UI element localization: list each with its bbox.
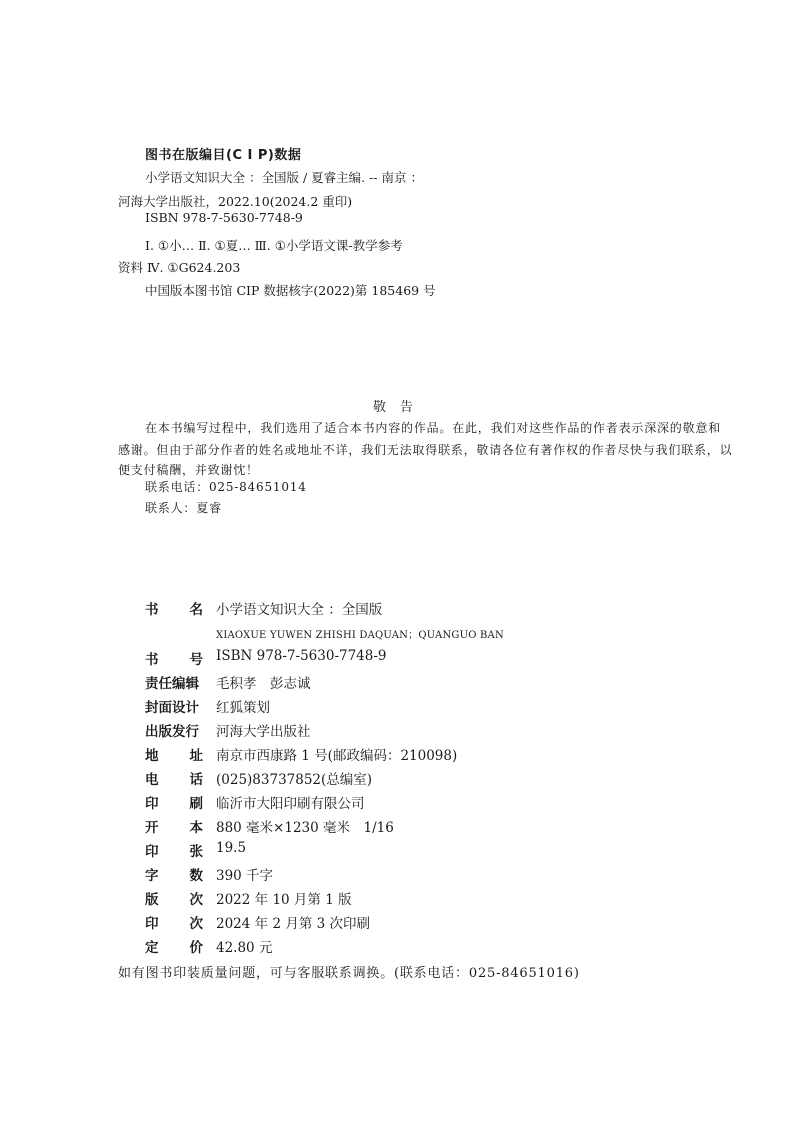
label-cover-design: 封面设计 <box>145 696 203 716</box>
cip-line-classification: Ⅰ. ①小… Ⅱ. ①夏… Ⅲ. ①小学语文课-教学参考 <box>145 236 403 254</box>
value-address: 南京市西康路 1 号(邮政编码：210098) <box>216 744 457 764</box>
label-editor: 责任编辑 <box>145 672 203 692</box>
label-word-count: 字数 <box>145 864 203 884</box>
label-price: 定价 <box>145 936 203 956</box>
quality-note: 如有图书印装质量问题，可与客服联系调换。(联系电话：025-84651016) <box>118 962 580 981</box>
notice-line-2: 感谢。但由于部分作者的姓名或地址不详，我们无法取得联系，敬请各位有著作权的作者尽… <box>118 441 732 458</box>
value-cover-design: 红狐策划 <box>216 696 270 716</box>
value-sheets: 19.5 <box>216 840 246 856</box>
value-word-count: 390 千字 <box>216 864 273 884</box>
cip-line-classification-cont: 资料 Ⅳ. ①G624.203 <box>118 258 240 276</box>
notice-line-3: 便支付稿酬，并致谢忱！ <box>118 461 259 478</box>
value-printing: 2024 年 2 月第 3 次印刷 <box>216 912 370 932</box>
label-format: 开本 <box>145 816 203 836</box>
value-phone: (025)83737852(总编室) <box>216 768 372 788</box>
label-isbn: 书号 <box>145 648 203 668</box>
value-editor: 毛积孝 彭志诚 <box>216 672 311 692</box>
value-isbn: ISBN 978-7-5630-7748-9 <box>216 648 387 664</box>
cip-line-publisher: 河海大学出版社，2022.10(2024.2 重印) <box>118 192 352 210</box>
cip-title: 图书在版编目(C I P)数据 <box>145 144 301 163</box>
value-price: 42.80 元 <box>216 936 272 956</box>
label-publisher: 出版发行 <box>145 720 203 740</box>
cip-line-isbn: ISBN 978-7-5630-7748-9 <box>145 210 303 225</box>
value-publisher: 河海大学出版社 <box>216 720 311 740</box>
notice-title: 敬告 <box>0 396 800 415</box>
value-printer: 临沂市大阳印刷有限公司 <box>216 792 365 812</box>
value-book-name-pinyin: XIAOXUE YUWEN ZHISHI DAQUAN；QUANGUO BAN <box>216 626 504 641</box>
label-printing: 印次 <box>145 912 203 932</box>
label-printer: 印刷 <box>145 792 203 812</box>
label-address: 地址 <box>145 744 203 764</box>
label-sheets: 印张 <box>145 840 203 860</box>
cip-line-cip-number: 中国版本图书馆 CIP 数据核字(2022)第 185469 号 <box>145 281 436 299</box>
cip-line-title: 小学语文知识大全 ：全国版 / 夏睿主编. -- 南京 ： <box>145 168 423 186</box>
notice-line-1: 在本书编写过程中，我们选用了适合本书内容的作品。在此，我们对这些作品的作者表示深… <box>145 419 721 436</box>
notice-contact-person: 联系人：夏睿 <box>145 499 222 516</box>
notice-contact-phone: 联系电话：025-84651014 <box>145 478 307 495</box>
label-book-name: 书名 <box>145 598 203 618</box>
value-format: 880 毫米×1230 毫米 1/16 <box>216 816 394 836</box>
label-phone: 电话 <box>145 768 203 788</box>
value-edition: 2022 年 10 月第 1 版 <box>216 888 352 908</box>
value-book-name: 小学语文知识大全 ：全国版 <box>216 598 382 618</box>
label-edition: 版次 <box>145 888 203 908</box>
